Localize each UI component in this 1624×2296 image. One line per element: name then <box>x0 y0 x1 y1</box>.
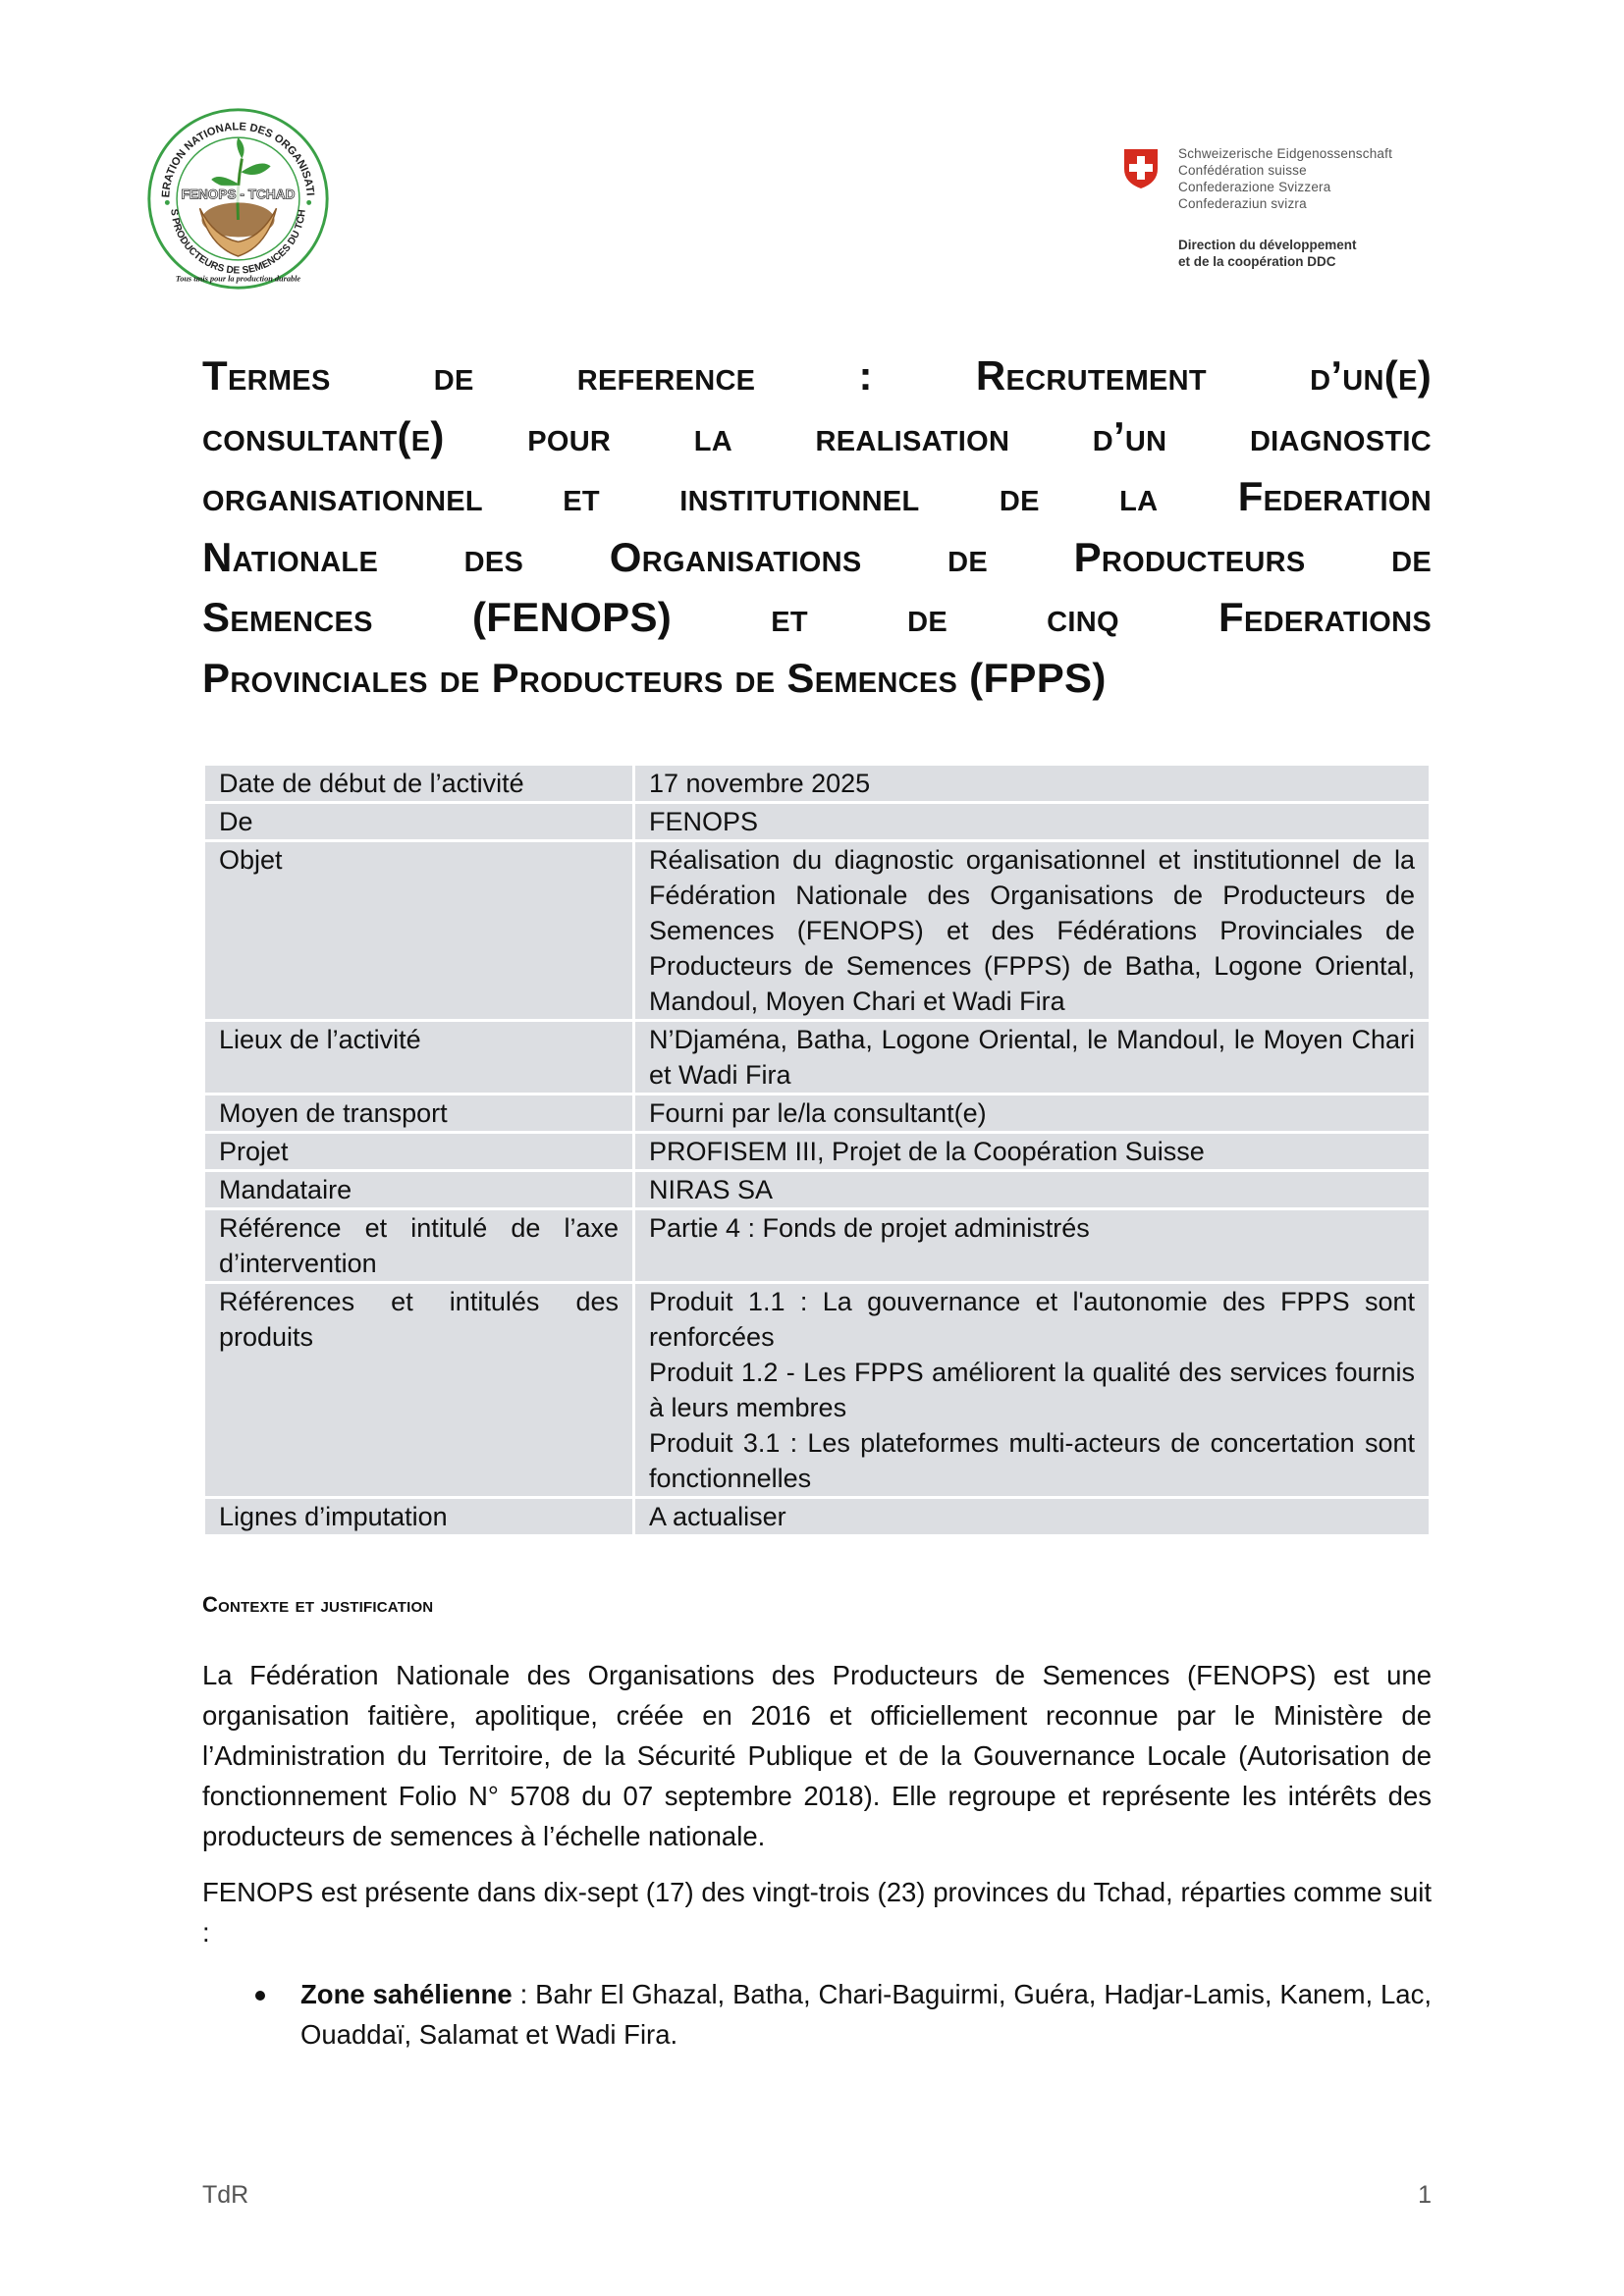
context-paragraph-2: FENOPS est présente dans dix-sept (17) d… <box>202 1872 1432 1952</box>
value-line: Fourni par le/la consultant(e) <box>649 1095 1415 1131</box>
row-value: Partie 4 : Fonds de projet administrés <box>634 1209 1431 1283</box>
value-line: NIRAS SA <box>649 1172 1415 1207</box>
value-line: Produit 1.2 - Les FPPS améliorent la qua… <box>649 1355 1415 1425</box>
section-heading: Contexte et justification <box>202 1592 433 1618</box>
value-line: PROFISEM III, Projet de la Coopération S… <box>649 1134 1415 1169</box>
title-line: Nationale des Organisations de Producteu… <box>202 527 1432 588</box>
value-line: Produit 3.1 : Les plateformes multi-acte… <box>649 1425 1415 1496</box>
row-label: De <box>204 803 634 841</box>
list-item: Zone sahélienne : Bahr El Ghazal, Batha,… <box>202 1974 1432 2055</box>
row-value: N’Djaména, Batha, Logone Oriental, le Ma… <box>634 1021 1431 1095</box>
row-value: 17 novembre 2025 <box>634 765 1431 803</box>
title-line: consultant(e) pour la realisation d’un d… <box>202 406 1432 467</box>
value-line: Réalisation du diagnostic organisationne… <box>649 842 1415 1019</box>
row-value: Fourni par le/la consultant(e) <box>634 1095 1431 1133</box>
title-line: organisationnel et institutionnel de la … <box>202 466 1432 527</box>
row-label: Date de début de l’activité <box>204 765 634 803</box>
seedling-in-hands-icon: FEDERATION NATIONALE DES ORGANISATIONS D… <box>142 103 334 294</box>
row-value: Produit 1.1 : La gouvernance et l'autono… <box>634 1283 1431 1498</box>
table-row: Date de début de l’activité17 novembre 2… <box>204 765 1431 803</box>
ddc-line-1: Direction du développement <box>1178 237 1357 253</box>
context-paragraph-1: La Fédération Nationale des Organisation… <box>202 1655 1432 1856</box>
logo-center-text: FENOPS - TCHAD <box>182 187 296 202</box>
activity-info-table: Date de début de l’activité17 novembre 2… <box>202 763 1432 1537</box>
swiss-shield-icon <box>1122 147 1160 190</box>
value-line: FENOPS <box>649 804 1415 839</box>
table-row: Références et intitulés des produitsProd… <box>204 1283 1431 1498</box>
row-label: Lieux de l’activité <box>204 1021 634 1095</box>
title-line: Semences (FENOPS) et de cinq Federations <box>202 587 1432 648</box>
swiss-name-it: Confederazione Svizzera <box>1178 179 1392 195</box>
swiss-name-de: Schweizerische Eidgenossenschaft <box>1178 145 1392 162</box>
footer-doc-label: TdR <box>202 2181 248 2210</box>
swiss-name-fr: Confédération suisse <box>1178 162 1392 179</box>
table-row: Moyen de transportFourni par le/la consu… <box>204 1095 1431 1133</box>
title-line: Provinciales de Producteurs de Semences … <box>202 648 1432 709</box>
row-value: A actualiser <box>634 1498 1431 1536</box>
table-row: DeFENOPS <box>204 803 1431 841</box>
zone-list: Zone sahélienne : Bahr El Ghazal, Batha,… <box>202 1974 1432 2055</box>
value-line: 17 novembre 2025 <box>649 766 1415 801</box>
zone-name: Zone sahélienne <box>300 1979 513 2009</box>
row-label: Moyen de transport <box>204 1095 634 1133</box>
fenops-logo: FEDERATION NATIONALE DES ORGANISATIONS D… <box>142 103 334 294</box>
value-line: A actualiser <box>649 1499 1415 1534</box>
row-label: Référence et intitulé de l’axe d’interve… <box>204 1209 634 1283</box>
value-line: Produit 1.1 : La gouvernance et l'autono… <box>649 1284 1415 1355</box>
row-value: PROFISEM III, Projet de la Coopération S… <box>634 1133 1431 1171</box>
table-row: ProjetPROFISEM III, Projet de la Coopéra… <box>204 1133 1431 1171</box>
row-label: Lignes d’imputation <box>204 1498 634 1536</box>
value-line: Partie 4 : Fonds de projet administrés <box>649 1210 1415 1246</box>
document-title: Termes de reference : Recrutement d’un(e… <box>202 346 1432 708</box>
ddc-label: Direction du développement et de la coop… <box>1178 237 1357 270</box>
table-row: Référence et intitulé de l’axe d’interve… <box>204 1209 1431 1283</box>
page-number: 1 <box>1418 2181 1432 2210</box>
row-value: Réalisation du diagnostic organisationne… <box>634 841 1431 1021</box>
swiss-ddc-logo: Schweizerische Eidgenossenschaft Confédé… <box>1122 145 1436 273</box>
logo-motto: Tous unis pour la production durable <box>176 274 300 283</box>
swiss-name-rm: Confederaziun svizra <box>1178 195 1392 212</box>
row-label: Mandataire <box>204 1171 634 1209</box>
table-row: MandataireNIRAS SA <box>204 1171 1431 1209</box>
title-line: Termes de reference : Recrutement d’un(e… <box>202 346 1432 406</box>
table-row: ObjetRéalisation du diagnostic organisat… <box>204 841 1431 1021</box>
row-value: FENOPS <box>634 803 1431 841</box>
bullet-icon <box>255 1991 265 2001</box>
swiss-confederation-names: Schweizerische Eidgenossenschaft Confédé… <box>1178 145 1392 212</box>
row-label: Projet <box>204 1133 634 1171</box>
value-line: N’Djaména, Batha, Logone Oriental, le Ma… <box>649 1022 1415 1093</box>
row-label: Références et intitulés des produits <box>204 1283 634 1498</box>
row-label: Objet <box>204 841 634 1021</box>
row-value: NIRAS SA <box>634 1171 1431 1209</box>
ddc-line-2: et de la coopération DDC <box>1178 253 1357 270</box>
table-row: Lieux de l’activitéN’Djaména, Batha, Log… <box>204 1021 1431 1095</box>
table-row: Lignes d’imputationA actualiser <box>204 1498 1431 1536</box>
